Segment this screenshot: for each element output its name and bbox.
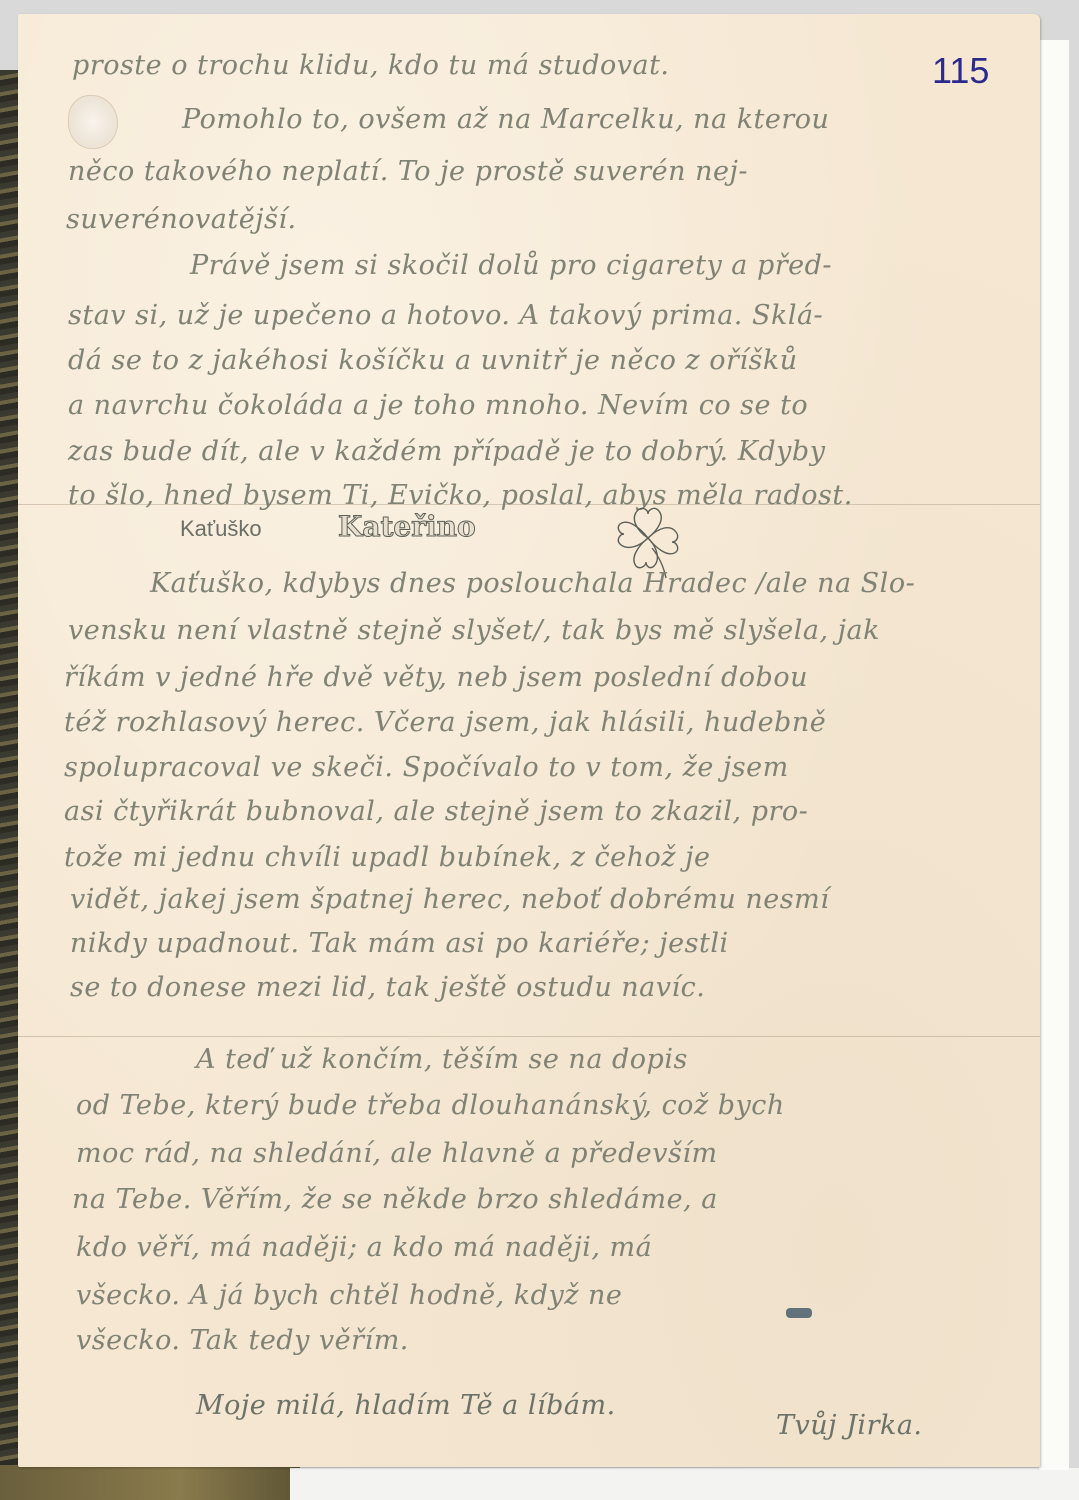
page-number: 115 <box>932 50 989 92</box>
text-line: říkám v jedné hře dvě věty, neb jsem pos… <box>64 662 808 693</box>
text-line: a navrchu čokoláda a je toho mnoho. Neví… <box>68 390 808 421</box>
text-line: též rozhlasový herec. Včera jsem, jak hl… <box>64 707 826 738</box>
text-line: všecko. A já bych chtěl hodně, když ne <box>76 1280 622 1311</box>
text-line: to šlo, hned bysem Ti, Evičko, poslal, a… <box>68 480 853 511</box>
text-line: všecko. Tak tedy věřím. <box>76 1325 409 1356</box>
background-photo-bottom <box>0 1465 300 1500</box>
fold-line <box>18 1036 1040 1037</box>
text-line: od Tebe, který bude třeba dlouhanánský, … <box>76 1090 785 1121</box>
text-line: A teď už končím, těším se na dopis <box>196 1044 688 1075</box>
closing-line: Moje milá, hladím Tě a líbám. <box>196 1390 616 1421</box>
text-line: spolupracoval ve skeči. Spočívalo to v t… <box>64 752 789 783</box>
text-line: nikdy upadnout. Tak mám asi po kariéře; … <box>70 928 729 959</box>
text-line: moc rád, na shledání, ale hlavně a přede… <box>76 1138 718 1169</box>
text-line: tože mi jednu chvíli upadl bubínek, z če… <box>64 842 710 873</box>
text-line: na Tebe. Věřím, že se někde brzo shledám… <box>72 1184 718 1215</box>
text-line: dá se to z jakéhosi košíčku a uvnitř je … <box>68 345 798 376</box>
text-line: vidět, jakej jsem špatnej herec, neboť d… <box>70 884 829 915</box>
salutation-name: Kateřino <box>338 510 476 543</box>
background-sheet-bottom <box>290 1468 1079 1500</box>
text-line: Kaťuško, kdybys dnes poslouchala Hradec … <box>150 568 915 599</box>
text-line: asi čtyřikrát bubnoval, ale stejně jsem … <box>64 796 808 827</box>
paper-stain <box>68 95 118 149</box>
text-line: proste o trochu klidu, kdo tu má studova… <box>72 50 670 81</box>
crossed-out-word <box>786 1308 812 1318</box>
text-line: kdo věří, má naději; a kdo má naději, má <box>76 1232 652 1263</box>
text-line: stav si, už je upečeno a hotovo. A takov… <box>68 300 823 331</box>
salutation-nickname: Kaťuško <box>180 516 262 542</box>
signature: Tvůj Jirka. <box>776 1410 923 1441</box>
text-line: se to donese mezi lid, tak ještě ostudu … <box>70 972 705 1003</box>
text-line: suverénovatější. <box>66 204 297 235</box>
text-line: Právě jsem si skočil dolů pro cigarety a… <box>190 250 832 281</box>
text-line: vensku není vlastně stejně slyšet/, tak … <box>68 615 880 646</box>
text-line: Pomohlo to, ovšem až na Marcelku, na kte… <box>182 104 829 135</box>
background-card-right <box>1038 40 1069 1470</box>
text-line: zas bude dít, ale v každém případě je to… <box>68 436 825 467</box>
text-line: něco takového neplatí. To je prostě suve… <box>68 156 748 187</box>
